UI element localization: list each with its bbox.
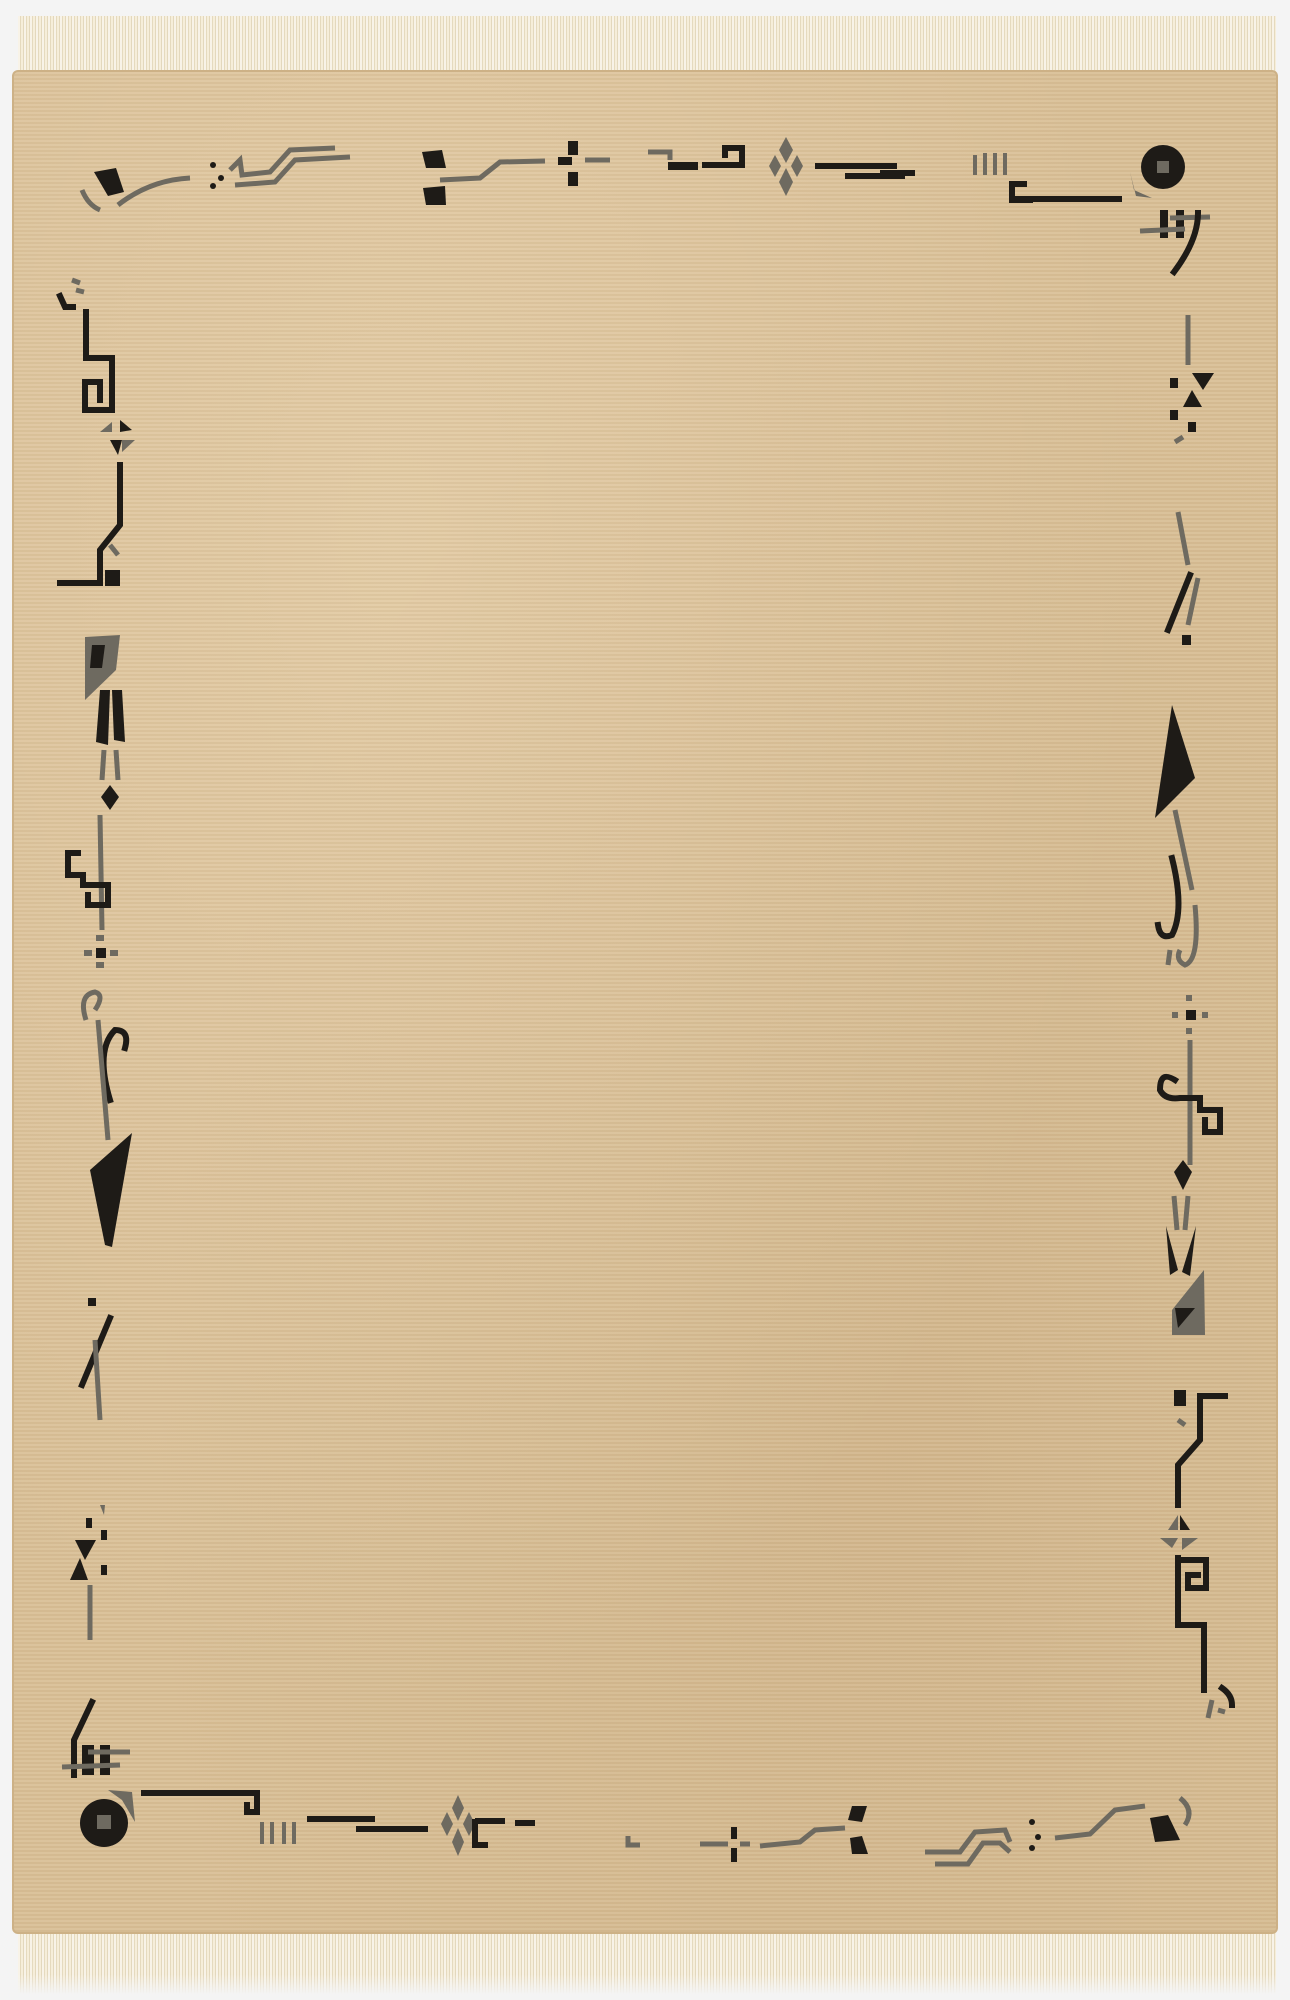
left-border-motifs [60,280,135,1640]
right-border-motifs [1155,315,1232,1718]
bottom-border-motifs [62,1702,1189,1864]
border-motifs [0,0,1290,2000]
top-border-motifs [82,137,1210,272]
